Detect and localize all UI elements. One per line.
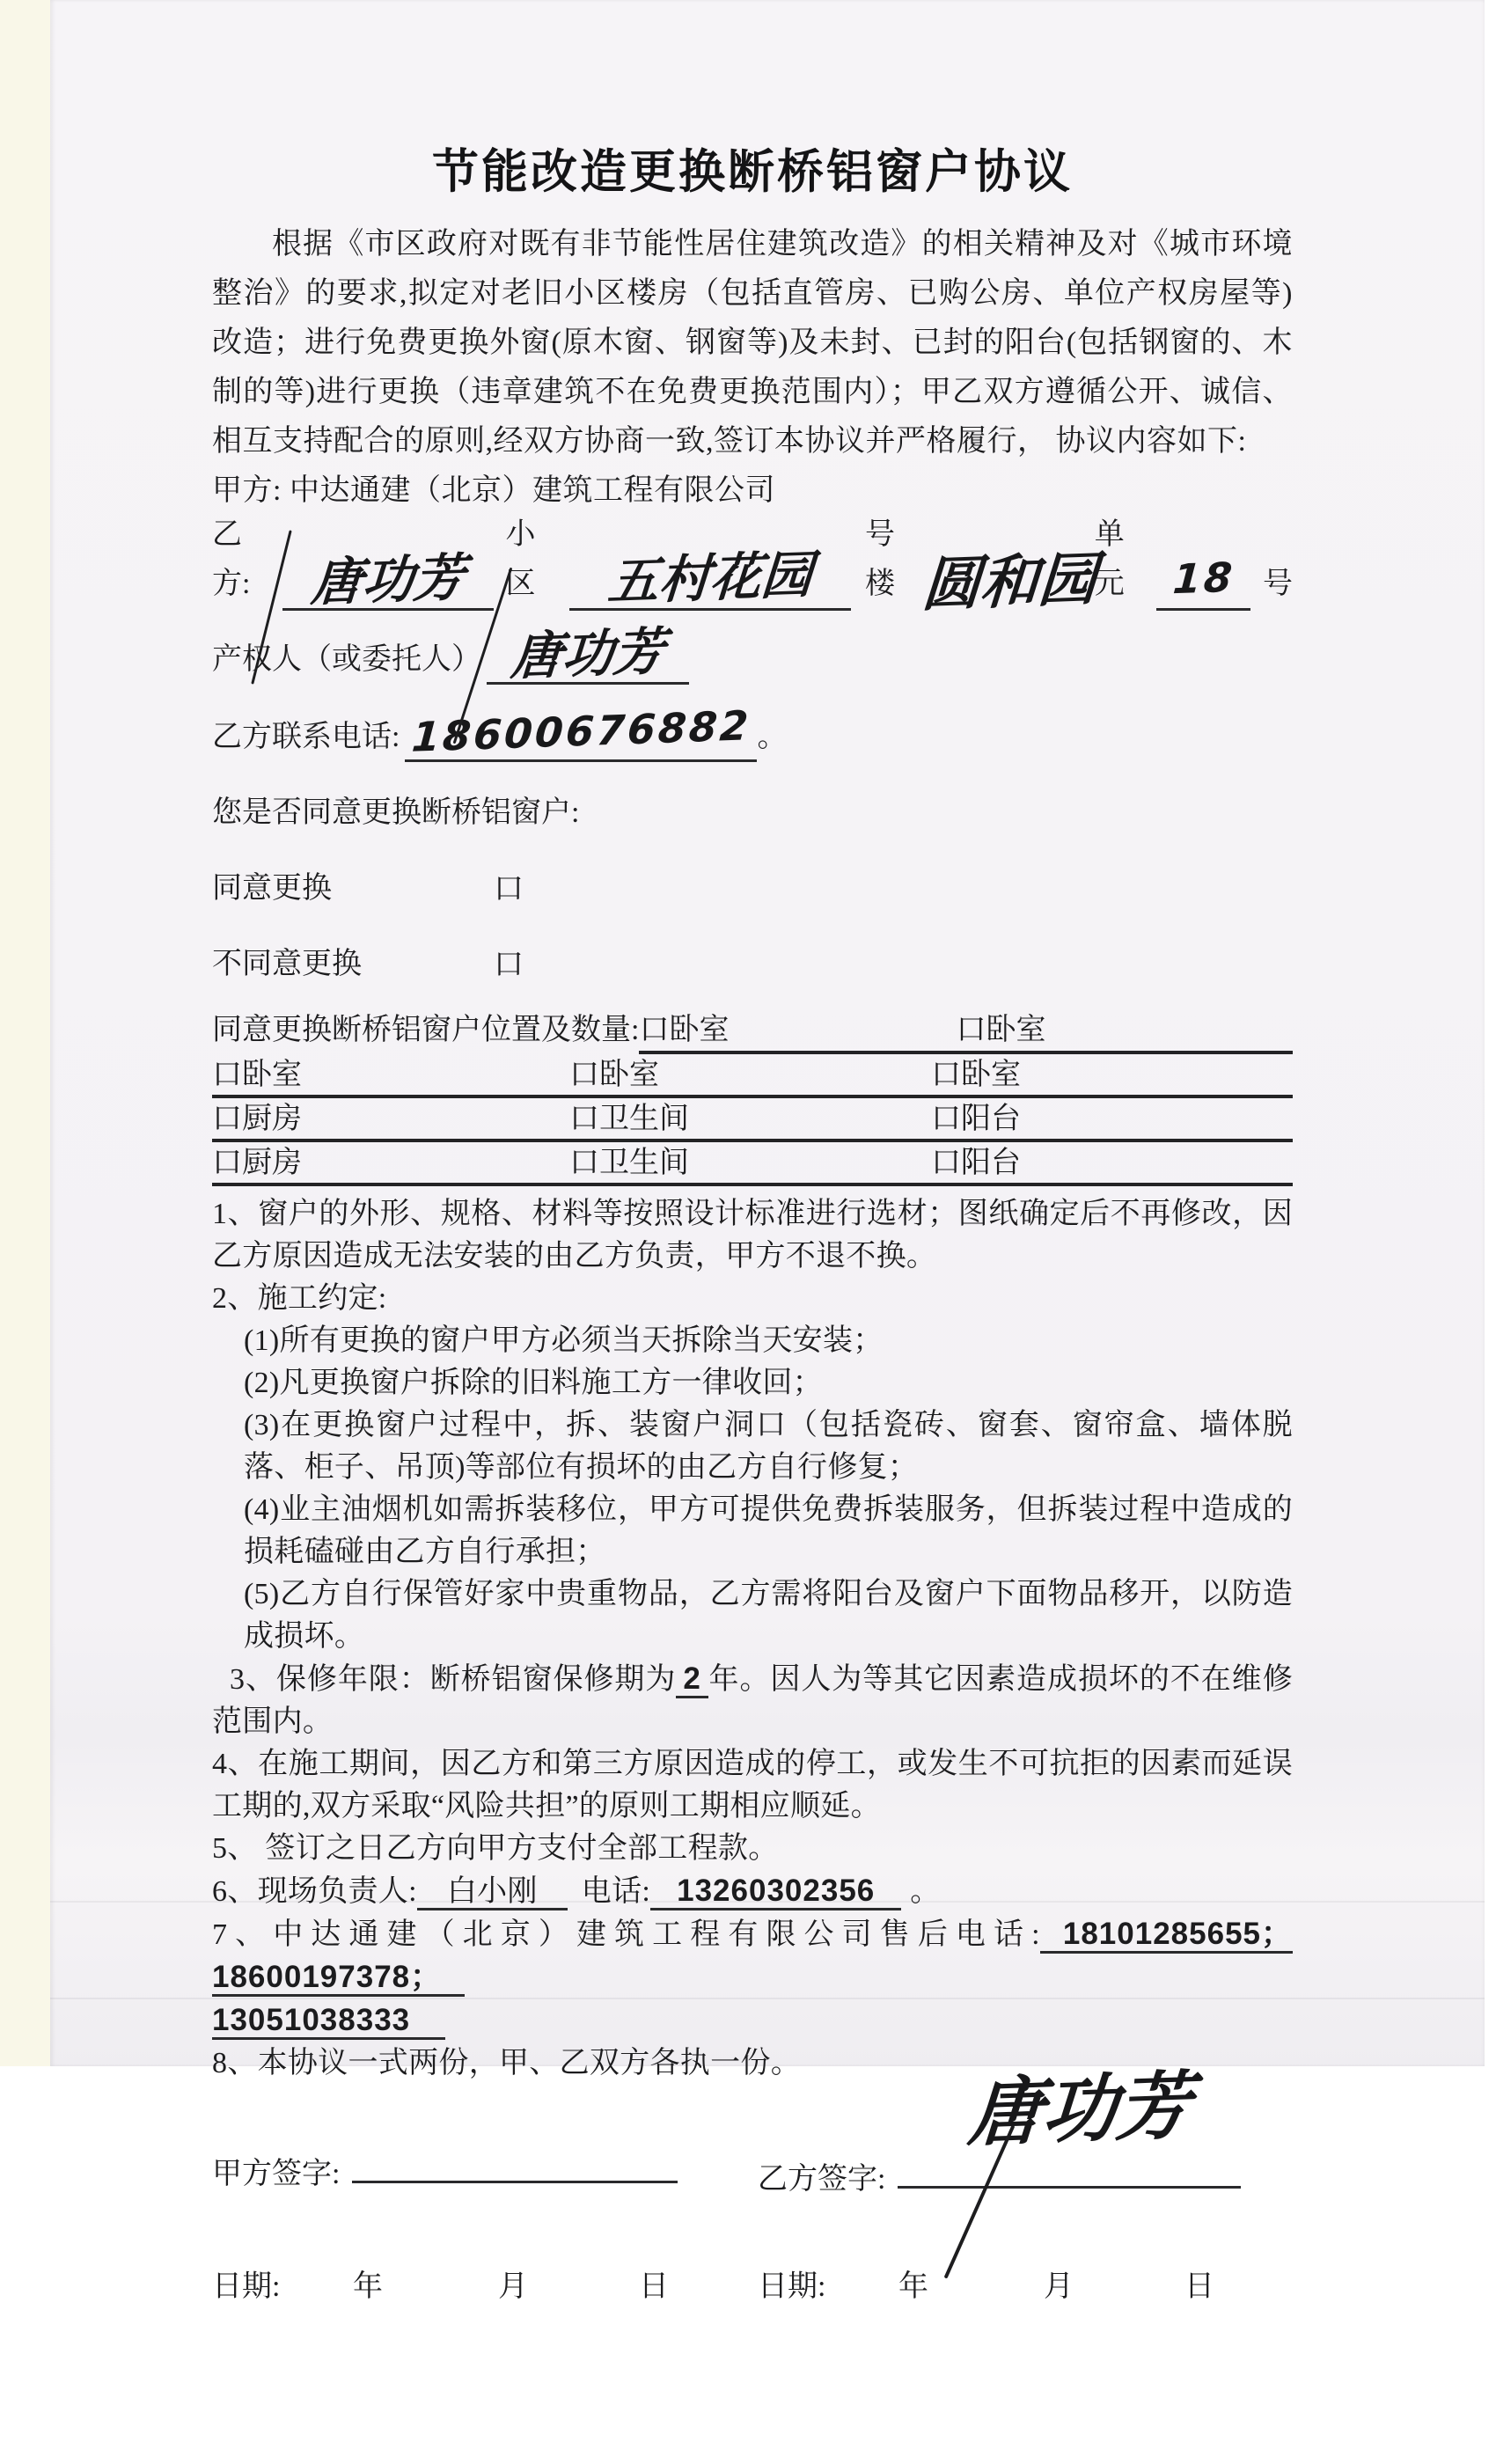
table-cell: 口卧室 bbox=[956, 1010, 1045, 1051]
party-b-name-handwriting: 唐功芳 bbox=[310, 555, 466, 605]
table-row: 口厨房 口卫生间 口阳台 bbox=[212, 1098, 1293, 1142]
window-location-table: 同意更换断桥铝窗户位置及数量: 口卧室 口卧室 口卧室 口卧室 口卧室 口厨房 … bbox=[212, 1010, 1293, 1186]
party-a-line: 甲方: 中达通建（北京）建筑工程有限公司 bbox=[212, 466, 1293, 516]
date-label: 日期: bbox=[758, 2262, 898, 2312]
table-cell: 口卫生间 bbox=[569, 1100, 931, 1139]
consent-question: 您是否同意更换断桥铝窗户: bbox=[212, 788, 1293, 838]
table-row: 口卧室 口卧室 口卧室 bbox=[212, 1054, 1293, 1098]
year-label: 年 bbox=[898, 2262, 1044, 2312]
party-b-signature-label: 乙方签字: bbox=[758, 2155, 885, 2204]
table-cell: 口阳台 bbox=[931, 1100, 1293, 1139]
disagree-label: 不同意更换 bbox=[212, 940, 494, 989]
clause-2-head: 2、施工约定: bbox=[212, 1278, 1293, 1320]
clause-6-mid: 电话: bbox=[568, 1875, 650, 1908]
party-b-signature-blank bbox=[898, 2150, 1241, 2189]
party-b-label: 乙方: bbox=[212, 510, 277, 611]
table-cell: 口卧室 bbox=[212, 1056, 569, 1095]
owner-handwriting: 唐功芳 bbox=[510, 629, 665, 678]
table-label: 同意更换断桥铝窗户位置及数量: bbox=[212, 1010, 639, 1054]
phone-suffix: 。 bbox=[757, 713, 787, 762]
party-b-date-line: 日期: 年 月 日 bbox=[758, 2262, 1293, 2312]
clause-3: 3、保修年限：断桥铝窗保修期为2年。因人为等其它因素造成损坏的不在维修范围内。 bbox=[212, 1658, 1293, 1743]
day-label: 日 bbox=[1184, 2262, 1290, 2312]
table-row0: 口卧室 口卧室 bbox=[639, 1010, 1293, 1054]
table-label-row: 同意更换断桥铝窗户位置及数量: 口卧室 口卧室 bbox=[212, 1010, 1293, 1054]
intro-paragraph: 根据《市区政府对既有非节能性居住建筑改造》的相关精神及对《城市环境整治》的要求,… bbox=[212, 220, 1293, 466]
agree-label: 同意更换 bbox=[212, 864, 494, 913]
agree-row: 同意更换 口 bbox=[212, 864, 1293, 913]
danyuan-label: 单元 bbox=[1095, 510, 1152, 611]
date-row: 日期: 年 月 日 日期: 年 月 日 bbox=[212, 2262, 1293, 2312]
clause-7: 7、中达通建（北京）建筑工程有限公司售后电话:18101285655；18600… bbox=[212, 1913, 1293, 1999]
clause-7-line2: 13051038333 bbox=[212, 1999, 1293, 2042]
scan-margin-strip bbox=[0, 0, 50, 2066]
date-label: 日期: bbox=[212, 2262, 353, 2312]
danyuan-blank: 18 bbox=[1156, 554, 1250, 611]
clause-2-item-4: (4)业主油烟机如需拆装移位，甲方可提供免费拆装服务，但拆装过程中造成的损耗磕碰… bbox=[212, 1489, 1293, 1573]
clause-2-item-3: (3)在更换窗户过程中，拆、装窗户洞口（包括瓷砖、窗套、窗帘盒、墙体脱落、柜子、… bbox=[212, 1404, 1293, 1489]
danyuan-handwriting: 18 bbox=[1171, 553, 1236, 605]
phone-handwriting: 18600676882 bbox=[410, 700, 752, 762]
xiaoqu-label: 小区 bbox=[506, 510, 563, 611]
month-label: 月 bbox=[1044, 2262, 1184, 2312]
document-title: 节能改造更换断桥铝窗户协议 bbox=[212, 148, 1293, 197]
site-manager-name: 白小刚 bbox=[417, 1875, 568, 1910]
haolou-handwriting: 圆和园 bbox=[920, 557, 1097, 607]
clause-1: 1、窗户的外形、规格、材料等按照设计标准进行选材；图纸确定后不再修改，因乙方原因… bbox=[212, 1193, 1293, 1278]
phone-line: 乙方联系电话: 18600676882 。 bbox=[212, 693, 1293, 762]
clause-7-pre: 7、中达通建（北京）建筑工程有限公司售后电话: bbox=[212, 1918, 1040, 1951]
agree-checkbox-icon: 口 bbox=[494, 864, 524, 913]
table-cell: 口卧室 bbox=[639, 1010, 956, 1051]
site-manager-phone: 13260302356 bbox=[650, 1874, 901, 1910]
clause-4: 4、在施工期间，因乙方和第三方原因造成的停工，或发生不可抗拒的因素而延误工期的,… bbox=[212, 1743, 1293, 1828]
xiaoqu-blank: 五村花园 bbox=[569, 553, 851, 611]
party-a-signature-area: 甲方签字: bbox=[212, 2150, 758, 2204]
haolou-label: 号楼 bbox=[865, 510, 922, 611]
disagree-checkbox-icon: 口 bbox=[494, 940, 524, 989]
clause-2-item-2: (2)凡更换窗户拆除的旧料施工方一律收回； bbox=[212, 1362, 1293, 1404]
disagree-row: 不同意更换 口 bbox=[212, 940, 1293, 989]
party-a-date-line: 日期: 年 月 日 bbox=[212, 2262, 758, 2312]
party-b-signature-handwriting: 唐功芳 bbox=[967, 2081, 1192, 2138]
clause-2-item-1: (1)所有更换的窗户甲方必须当天拆除当天安装； bbox=[212, 1320, 1293, 1362]
month-label: 月 bbox=[498, 2262, 639, 2312]
year-label: 年 bbox=[353, 2262, 498, 2312]
party-a-signature-label: 甲方签字: bbox=[212, 2150, 340, 2199]
table-cell: 口厨房 bbox=[212, 1144, 569, 1183]
party-a-signature-blank bbox=[352, 2181, 678, 2183]
table-row: 口厨房 口卫生间 口阳台 bbox=[212, 1142, 1293, 1186]
party-b-name-blank: 唐功芳 bbox=[282, 553, 494, 611]
document-content: 节能改造更换断桥铝窗户协议 根据《市区政府对既有非节能性居住建筑改造》的相关精神… bbox=[212, 148, 1293, 2312]
table-cell: 口卧室 bbox=[931, 1056, 1293, 1095]
table-cell: 口阳台 bbox=[931, 1144, 1293, 1183]
clause-6-suffix: 。 bbox=[901, 1875, 940, 1908]
table-cell: 口卫生间 bbox=[569, 1144, 931, 1183]
clause-6: 6、现场负责人:白小刚电话:13260302356。 bbox=[212, 1870, 1293, 1913]
day-label: 日 bbox=[639, 2262, 744, 2312]
table-cell: 口厨房 bbox=[212, 1100, 569, 1139]
clause-6-pre: 6、现场负责人: bbox=[212, 1875, 417, 1908]
paper-sheet: 节能改造更换断桥铝窗户协议 根据《市区政府对既有非节能性居住建筑改造》的相关精神… bbox=[50, 0, 1485, 2066]
owner-line: 产权人（或委托人） 唐功芳 bbox=[212, 612, 1293, 685]
party-b-signature-area: 乙方签字: 唐功芳 bbox=[758, 2150, 1293, 2204]
aftersales-phones-2: 13051038333 bbox=[212, 2003, 445, 2040]
clause-2-item-5: (5)乙方自行保管好家中贵重物品，乙方需将阳台及窗户下面物品移开，以防造成损坏。 bbox=[212, 1573, 1293, 1658]
phone-label: 乙方联系电话: bbox=[212, 713, 400, 762]
xiaoqu-handwriting: 五村花园 bbox=[606, 553, 813, 604]
owner-blank: 唐功芳 bbox=[487, 627, 689, 685]
clause-3-warranty-years: 2 bbox=[676, 1661, 708, 1698]
clause-3-pre: 3、保修年限：断桥铝窗保修期为 bbox=[230, 1663, 676, 1696]
party-b-line: 乙方: 唐功芳 小区 五村花园 号楼 圆和园 单元 18 号 bbox=[212, 530, 1293, 611]
clauses-section: 1、窗户的外形、规格、材料等按照设计标准进行选材；图纸确定后不再修改，因乙方原因… bbox=[212, 1193, 1293, 2085]
signature-row: 甲方签字: 乙方签字: 唐功芳 bbox=[212, 2150, 1293, 2204]
scanned-document-page: { "colors": { "paper": "#f5f3f6", "margi… bbox=[0, 0, 1496, 2464]
table-cell: 口卧室 bbox=[569, 1056, 931, 1095]
haolou-blank: 圆和园 bbox=[922, 554, 1095, 611]
hao-label: 号 bbox=[1263, 560, 1293, 611]
clause-5: 5、 签订之日乙方向甲方支付全部工程款。 bbox=[212, 1828, 1293, 1870]
